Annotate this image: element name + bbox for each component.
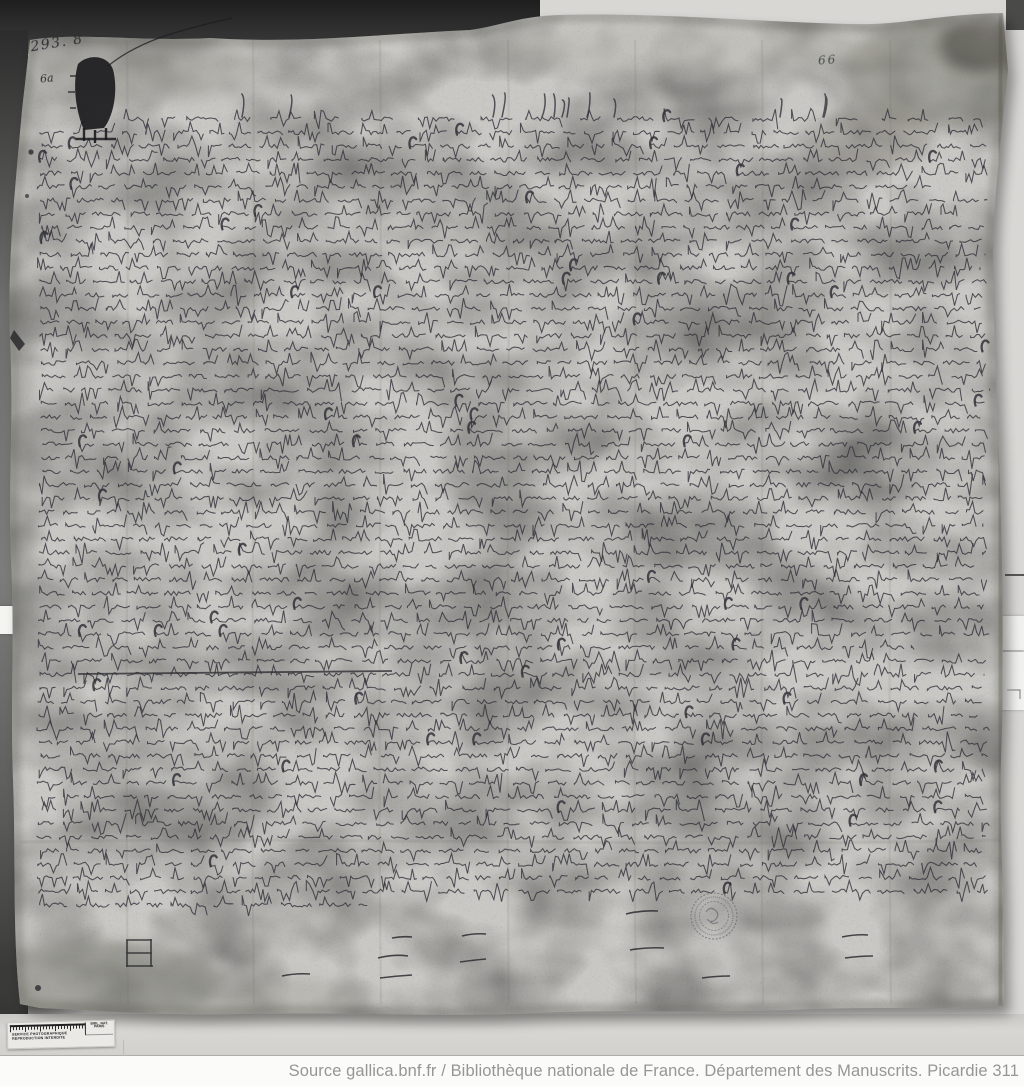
folio-number: 66 (818, 52, 838, 67)
photo-service-labels: SERVICE PHOTOGRAPHIQUE REPRODUCTION INTE… (12, 1031, 120, 1041)
manuscript-photograph: 1293. 8 6e 6a 66 BIBL. NAT. PARIS SERVIC… (0, 0, 1024, 1086)
gallica-caption-text: Source gallica.bnf.fr / Bibliothèque nat… (289, 1062, 1019, 1081)
parchment-charter (0, 0, 1024, 1086)
archival-side-note: 6a (39, 71, 54, 85)
photo-service-card: BIBL. NAT. PARIS SERVICE PHOTOGRAPHIQUE … (7, 1020, 116, 1050)
gallica-caption-bar: Source gallica.bnf.fr / Bibliothèque nat… (0, 1056, 1024, 1086)
bibl-nat-label: BIBL. NAT. PARIS (86, 1022, 113, 1029)
